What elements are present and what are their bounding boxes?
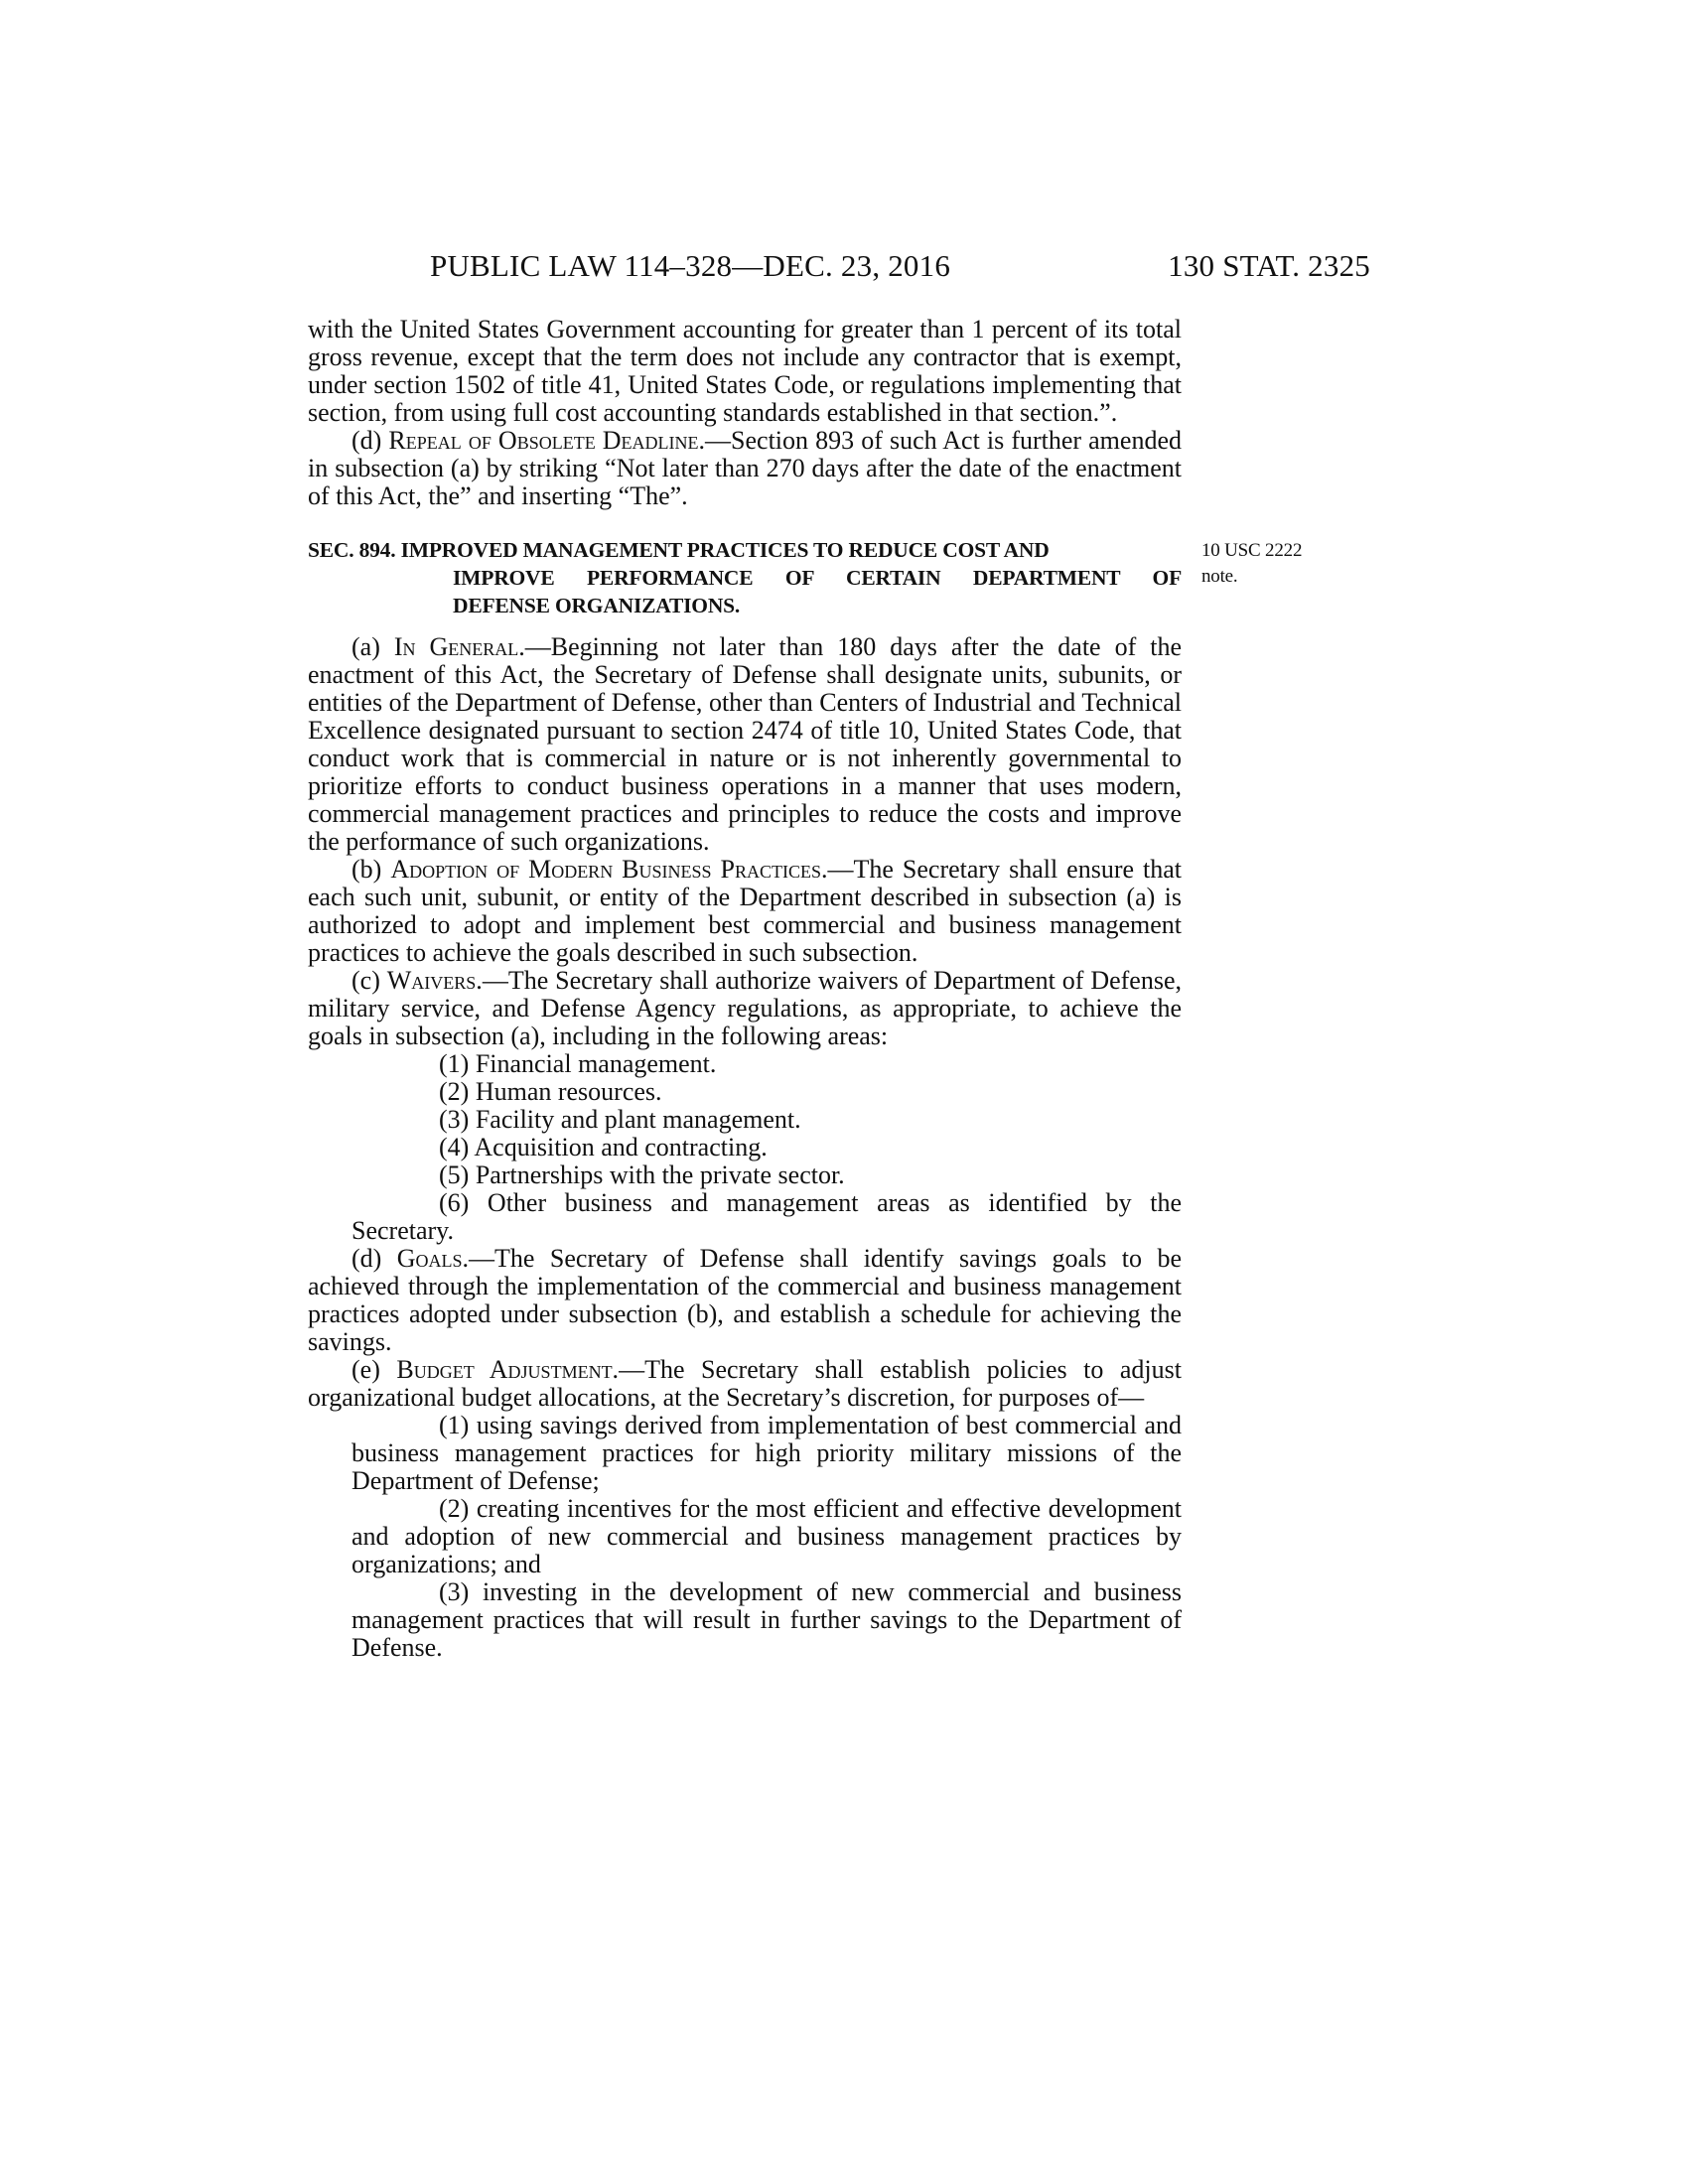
subsection-heading: Budget Adjustment. <box>396 1355 619 1384</box>
subsection-c: (c) Waivers.—The Secretary shall authori… <box>308 967 1182 1050</box>
subsection-label: (a) <box>352 632 394 661</box>
subsection-text: —Beginning not later than 180 days after… <box>308 632 1182 856</box>
list-item: (2) Human resources. <box>308 1078 1182 1106</box>
list-item: (5) Partnerships with the private sector… <box>308 1161 1182 1189</box>
list-item: (6) Other business and management areas … <box>308 1189 1182 1245</box>
list-item: (2) creating incentives for the most eff… <box>308 1495 1182 1578</box>
subsection-d: (d) Goals.—The Secretary of Defense shal… <box>308 1245 1182 1356</box>
running-head: PUBLIC LAW 114–328—DEC. 23, 2016 130 STA… <box>0 246 1688 286</box>
subsection-label: (b) <box>352 855 390 884</box>
section-heading-line: DEFENSE ORGANIZATIONS. <box>308 592 1182 619</box>
list-item: (1) Financial management. <box>308 1050 1182 1078</box>
subsection-heading: Repeal of Obsolete Deadline. <box>388 426 705 455</box>
public-law-title: PUBLIC LAW 114–328—DEC. 23, 2016 <box>430 246 950 286</box>
subsection-heading: Waivers. <box>387 966 483 995</box>
document-body: with the United States Government accoun… <box>308 316 1182 1662</box>
continued-paragraph: with the United States Government accoun… <box>308 316 1182 427</box>
section-heading: SEC. 894. IMPROVED MANAGEMENT PRACTICES … <box>308 536 1182 619</box>
subsection-label: (d) <box>352 426 388 455</box>
margin-note: 10 USC 2222 note. <box>1201 538 1302 590</box>
usc-citation: 10 USC 2222 <box>1201 538 1302 564</box>
subsection-label: (c) <box>352 966 387 995</box>
subsection-heading: Goals. <box>397 1244 469 1273</box>
section-heading-line: IMPROVE PERFORMANCE OF CERTAIN DEPARTMEN… <box>308 564 1182 592</box>
prior-subsection-d: (d) Repeal of Obsolete Deadline.—Section… <box>308 427 1182 510</box>
statute-page-number: 130 STAT. 2325 <box>1168 246 1370 286</box>
subsection-label: (d) <box>352 1244 397 1273</box>
list-item: (3) Facility and plant management. <box>308 1106 1182 1134</box>
subsection-b: (b) Adoption of Modern Business Practice… <box>308 856 1182 967</box>
subsection-a: (a) In General.—Beginning not later than… <box>308 633 1182 856</box>
subsection-heading: In General. <box>394 632 525 661</box>
subsection-e: (e) Budget Adjustment.—The Secretary sha… <box>308 1356 1182 1412</box>
list-item: (1) using savings derived from implement… <box>308 1412 1182 1495</box>
subsection-heading: Adoption of Modern Business Practices. <box>390 855 827 884</box>
usc-note-label: note. <box>1201 564 1302 590</box>
list-item: (3) investing in the development of new … <box>308 1578 1182 1662</box>
section-heading-line: SEC. 894. IMPROVED MANAGEMENT PRACTICES … <box>308 536 1182 564</box>
subsection-label: (e) <box>352 1355 396 1384</box>
list-item: (4) Acquisition and contracting. <box>308 1134 1182 1161</box>
